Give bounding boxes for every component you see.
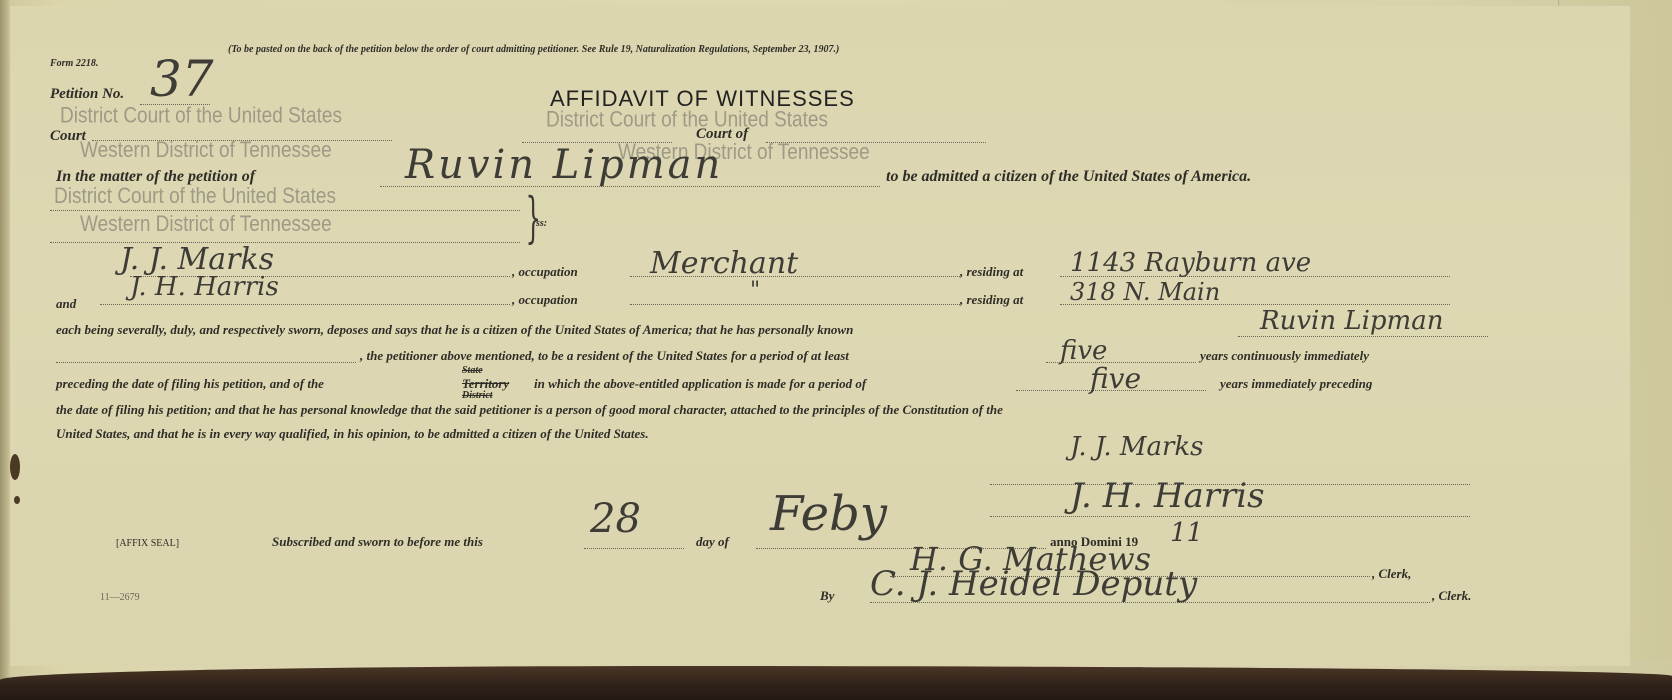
oath-line-2-end: years continuously immediately xyxy=(1200,348,1369,364)
oath-line-4: the date of filing his petition; and tha… xyxy=(56,402,1003,418)
ink-smudge xyxy=(10,454,20,480)
option-district: District xyxy=(462,390,493,401)
form-number: Form 2218. xyxy=(50,58,98,69)
ink-smudge xyxy=(14,496,20,504)
residence-years-state: five xyxy=(1090,362,1141,395)
by-label: By xyxy=(820,588,834,604)
ss-label: ss: xyxy=(536,218,547,229)
sworn-month: Feby xyxy=(770,486,887,542)
clerk-label: , Clerk, xyxy=(1372,566,1411,582)
petitioner-name: Ruvin Lipman xyxy=(405,142,723,188)
oath-line-3-start: preceding the date of filing his petitio… xyxy=(56,376,324,392)
witness2-signature: J. H. Harris xyxy=(1070,476,1265,516)
witness2-name: J. H. Harris xyxy=(130,272,279,302)
header-note: (To be pasted on the back of the petitio… xyxy=(228,44,839,55)
known-person: Ruvin Lipman xyxy=(1260,306,1443,336)
seal-label: [AFFIX SEAL] xyxy=(116,538,179,549)
witness1-occupation: Merchant xyxy=(650,246,798,281)
witness1-address: 1143 Rayburn ave xyxy=(1070,248,1311,278)
petition-label: Petition No. xyxy=(50,86,124,103)
witness1-signature: J. J. Marks xyxy=(1070,432,1204,462)
oath-line-1: each being severally, duly, and respecti… xyxy=(56,322,853,338)
admission-text: to be admitted a citizen of the United S… xyxy=(886,168,1251,186)
matter-label: In the matter of the petition of xyxy=(56,168,255,186)
venue-stamp-line2: Western District of Tennessee xyxy=(80,212,332,237)
oath-line-2: , the petitioner above mentioned, to be … xyxy=(360,348,849,364)
option-territory: Territory xyxy=(462,376,509,391)
book-binding xyxy=(0,0,10,700)
court-stamp-line1-b: District Court of the United States xyxy=(546,108,828,133)
petition-number: 37 xyxy=(150,50,214,108)
book-edge xyxy=(0,666,1672,700)
sworn-text: Subscribed and sworn to before me this xyxy=(272,534,483,550)
witness2-address: 318 N. Main xyxy=(1070,278,1220,306)
court-stamp-line2: Western District of Tennessee xyxy=(80,138,332,163)
occupation-label-1: , occupation xyxy=(512,264,578,280)
option-state: State xyxy=(462,365,483,376)
residing-label-2: , residing at xyxy=(960,292,1023,308)
venue-stamp-line1: District Court of the United States xyxy=(54,184,336,209)
court-stamp-line1: District Court of the United States xyxy=(60,104,342,129)
day-of-label: day of xyxy=(696,534,729,550)
and-label: and xyxy=(56,296,76,312)
clerk-label-2: , Clerk. xyxy=(1432,588,1471,604)
residing-label-1: , residing at xyxy=(960,264,1023,280)
jurisdiction-options: State Territory District xyxy=(462,376,509,392)
year-suffix: 11 xyxy=(1170,518,1203,548)
oath-line-3-mid: in which the above-entitled application … xyxy=(534,376,866,392)
oath-line-5: United States, and that he is in every w… xyxy=(56,426,649,442)
deputy-signature: C. J. Heidel Deputy xyxy=(870,564,1197,604)
print-code: 11—2679 xyxy=(100,592,140,603)
document-photo: n m x Form 2218. (To be pasted on the ba… xyxy=(0,0,1672,700)
witness2-occupation: " xyxy=(750,278,760,303)
oath-line-3-end: years immediately preceding xyxy=(1220,376,1372,392)
affidavit-form: Form 2218. (To be pasted on the back of … xyxy=(10,6,1630,666)
occupation-label-2: , occupation xyxy=(512,292,578,308)
sworn-day: 28 xyxy=(590,496,641,542)
